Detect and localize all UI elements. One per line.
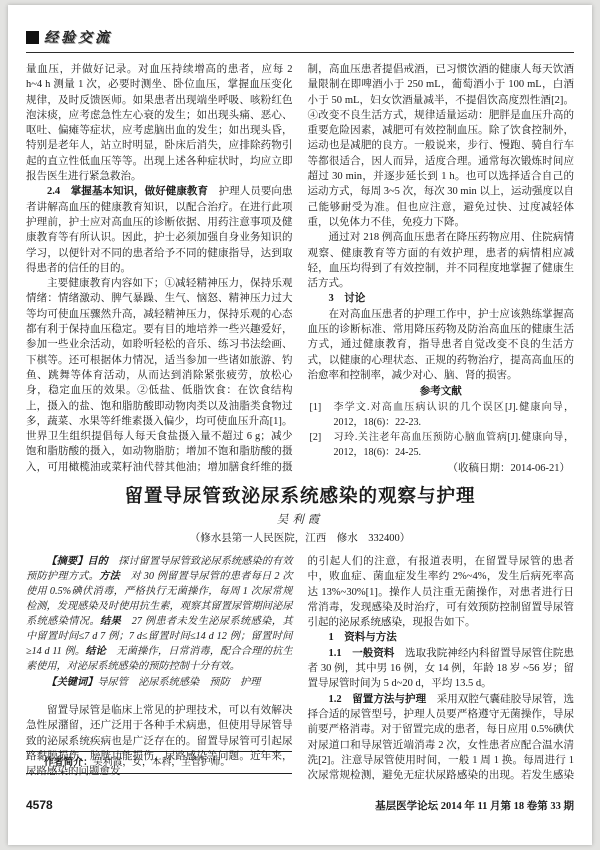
paragraph-continuation: 量血压，并做好记录。对血压持续增高的患者，应每 2 h~4 h 测量 1 次，必… — [26, 62, 293, 184]
subsection-heading: 1.1 一般资料 — [329, 648, 395, 659]
paragraph-discussion: 在对高血压患者的护理工作中，护士应该熟练掌握高血压的诊断标准、常用降压药物及防治… — [308, 307, 575, 383]
reference-item: [1]李学文.对高血压病认识的几个误区[J].健康向导，2012，18(6)：2… — [308, 400, 575, 431]
article1-left-column: 量血压，并做好记录。对血压持续增高的患者，应每 2 h~4 h 测量 1 次，必… — [26, 62, 293, 474]
author-bio-footnote: 作者简介：吴利霞，女，本科，主管护师。 — [26, 751, 292, 774]
received-date: （收稿日期：2014-06-21） — [308, 461, 575, 474]
keywords-text: 导尿管 泌尿系统感染 预防 护理 — [97, 677, 260, 688]
paragraph-text: 采用双腔气囊硅胶导尿管，选择合适的尿管型号，护理人员要严格遵守无菌操作，导尿前要… — [308, 694, 575, 780]
article-author: 吴利霞 — [26, 510, 574, 530]
article2-left-column: 【摘要】目的 探讨留置导尿管致泌尿系统感染的有效预防护理方式。方法 对 30 例… — [26, 554, 293, 780]
journal-issue-line: 基层医学论坛 2014 年 11 月第 18 卷第 33 期 — [375, 798, 574, 813]
article-affiliation: （修水县第一人民医院，江西 修水 332400） — [26, 530, 574, 548]
intro-continuation: 的引起人们的注意，有报道表明，在留置导尿管的患者中，败血症、菌血症发生率约 2%… — [308, 554, 575, 630]
article2-body: 【摘要】目的 探讨留置导尿管致泌尿系统感染的有效预防护理方式。方法 对 30 例… — [26, 554, 574, 780]
paragraph-summary: 通过对 218 例高血压患者在降压药物应用、住院病情观察、健康教育等方面的有效护… — [308, 230, 575, 291]
paragraph-method-care: 1.2 留置方法与护理 采用双腔气囊硅胶导尿管，选择合适的尿管型号，护理人员要严… — [308, 692, 575, 780]
references-heading: 参考文献 — [308, 384, 575, 399]
abstract: 【摘要】目的 探讨留置导尿管致泌尿系统感染的有效预防护理方式。方法 对 30 例… — [26, 554, 293, 674]
keywords-label: 【关键词】 — [46, 677, 97, 688]
paragraph-continuation: 制，高血压患者提倡戒酒，已习惯饮酒的健康人每天饮酒量限制在即啤酒小于 250 m… — [308, 62, 575, 230]
header-square-icon — [26, 31, 39, 44]
keywords-line: 【关键词】导尿管 泌尿系统感染 预防 护理 — [26, 675, 293, 690]
reference-number: [1] — [310, 400, 322, 415]
journal-page: 经验交流 量血压，并做好记录。对血压持续增高的患者，应每 2 h~4 h 测量 … — [8, 5, 592, 845]
abstract-label-methods: 方法 — [99, 571, 120, 582]
page-number: 4578 — [26, 798, 53, 812]
page-footer: 4578 基层医学论坛 2014 年 11 月第 18 卷第 33 期 — [26, 798, 574, 813]
paragraph-subsection-2-4: 2.4 掌握基本知识，做好健康教育 护理人员要向患者讲解高血压的健康教育知识，以… — [26, 184, 293, 276]
subsection-heading: 1.2 留置方法与护理 — [329, 694, 427, 705]
abstract-label-conclusion: 结论 — [85, 646, 106, 657]
subsection-heading: 2.4 掌握基本知识，做好健康教育 — [47, 186, 208, 197]
footnote-label: 作者简介： — [44, 757, 93, 768]
reference-number: [2] — [310, 430, 322, 445]
article-title: 留置导尿管致泌尿系统感染的观察与护理 — [26, 484, 574, 508]
paragraph-health-education: 主要健康教育内容如下；①减轻精神压力，保持乐观情绪：情绪激动、脾气暴躁、生气、恼… — [26, 276, 293, 474]
article1-right-column: 制，高血压患者提倡戒酒，已习惯饮酒的健康人每天饮酒量限制在即啤酒小于 250 m… — [308, 62, 575, 474]
footnote-text: 吴利霞，女，本科，主管护师。 — [93, 757, 230, 768]
abstract-label-objective: 【摘要】目的 — [46, 556, 108, 567]
reference-text: 习玲.关注老年高血压预防心脑血管病[J].健康向导，2012，18(6)：24-… — [334, 432, 575, 458]
article2-right-column: 的引起人们的注意，有报道表明，在留置导尿管的患者中，败血症、菌血症发生率约 2%… — [308, 554, 575, 780]
section-header: 经验交流 — [26, 27, 574, 53]
article1-body: 量血压，并做好记录。对血压持续增高的患者，应每 2 h~4 h 测量 1 次，必… — [26, 62, 574, 474]
paragraph-text: 护理人员要向患者讲解高血压的健康教育知识，以配合治疗。在进行此项护理前，护士应对… — [26, 186, 293, 273]
reference-item: [2]习玲.关注老年高血压预防心脑血管病[J].健康向导，2012，18(6)：… — [308, 430, 575, 461]
abstract-label-results: 结果 — [100, 616, 121, 627]
reference-text: 李学文.对高血压病认识的几个误区[J].健康向导，2012，18(6)：22-2… — [334, 402, 575, 428]
section-heading-methods: 1 资料与方法 — [308, 630, 575, 645]
paragraph-general-data: 1.1 一般资料 选取我院神经内科留置导尿管住院患者 30 例，其中男 16 例… — [308, 646, 575, 692]
section-heading-discussion: 3 讨论 — [308, 291, 575, 306]
column-tag: 经验交流 — [44, 27, 112, 47]
